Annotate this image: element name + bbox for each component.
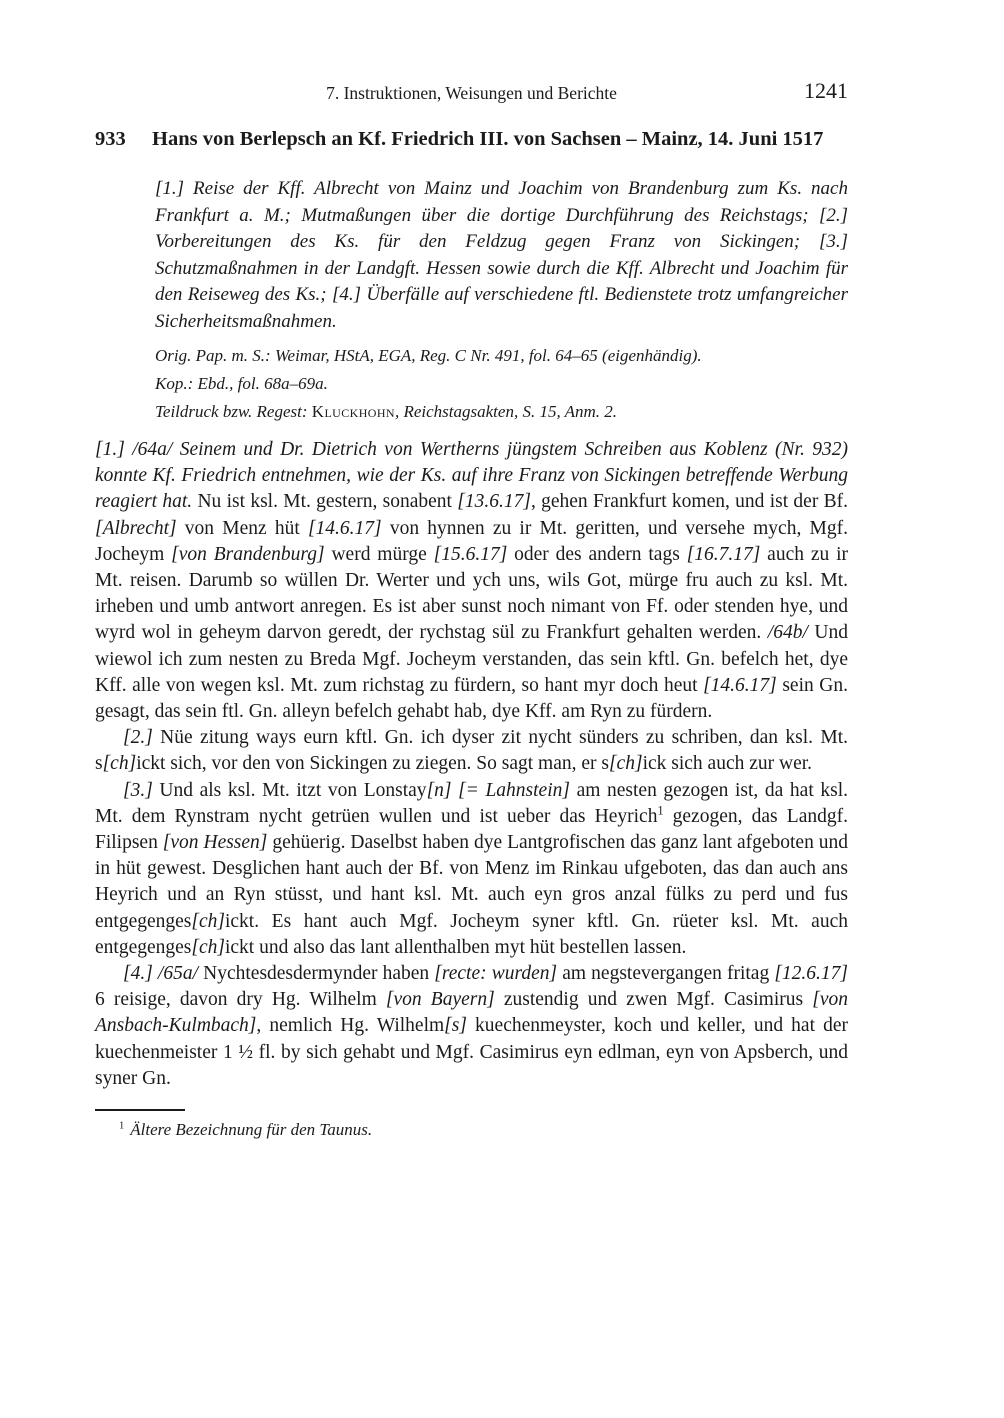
entry-title: 933 Hans von Berlepsch an Kf. Friedrich … [95,126,848,153]
paragraph-4: [4.] /65a/ Nychtesdesdermynder haben [re… [95,961,848,1092]
footnote-rule [95,1109,185,1111]
chapter-header: 7. Instruktionen, Weisungen und Berichte [95,82,848,104]
entry-heading: Hans von Berlepsch an Kf. Friedrich III.… [152,126,848,153]
paragraph-2: [2.] Nüe zitung ways eurn kftl. Gn. ich … [95,725,848,777]
paragraph-3: [3.] Und als ksl. Mt. itzt von Lonstay[n… [95,778,848,961]
entry-number: 933 [95,126,152,153]
source-line-copy: Kop.: Ebd., fol. 68a–69a. [155,370,848,398]
source-note: Orig. Pap. m. S.: Weimar, HStA, EGA, Reg… [155,342,848,426]
source-line-print: Teildruck bzw. Regest: Kluckhohn, Reichs… [155,398,848,426]
page-number: 1241 [804,78,848,104]
summary-regest: [1.] Reise der Kff. Albrecht von Mainz u… [155,176,848,335]
book-page: 7. Instruktionen, Weisungen und Berichte… [0,0,1004,1418]
source-line-original: Orig. Pap. m. S.: Weimar, HStA, EGA, Reg… [155,342,848,370]
footnote-marker: 1 [119,1120,124,1131]
footnote-text: Ältere Bezeichnung für den Taunus. [130,1120,372,1139]
running-header: 7. Instruktionen, Weisungen und Berichte… [95,82,848,106]
document-body: [1.] /64a/ Seinem und Dr. Dietrich von W… [95,437,848,1092]
paragraph-1: [1.] /64a/ Seinem und Dr. Dietrich von W… [95,437,848,725]
footnote-area: 1Ältere Bezeichnung für den Taunus. [95,1109,848,1142]
text-column: 7. Instruktionen, Weisungen und Berichte… [95,0,848,1142]
footnote: 1Ältere Bezeichnung für den Taunus. [95,1118,848,1142]
